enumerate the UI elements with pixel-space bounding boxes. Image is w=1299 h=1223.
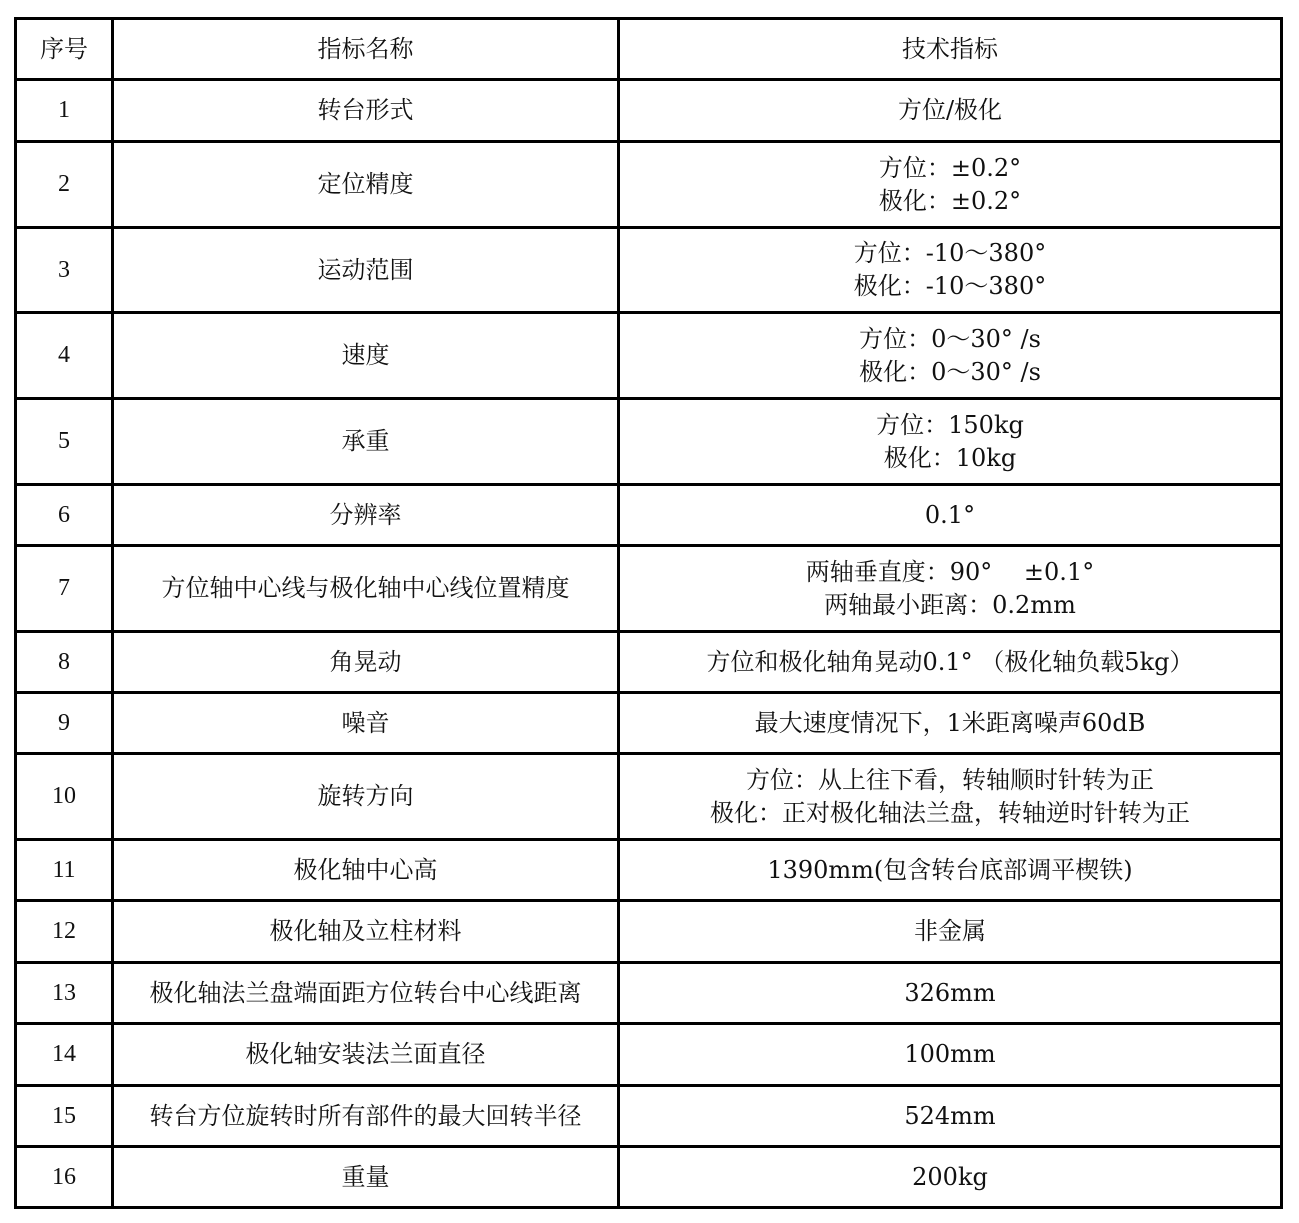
cell-technical-spec: 两轴垂直度：90° ±0.1°两轴最小距离：0.2mm [619, 546, 1282, 632]
table-row: 16重量200kg [16, 1147, 1282, 1208]
cell-indicator-name: 极化轴法兰盘端面距方位转台中心线距离 [113, 963, 619, 1024]
spec-line: 1390mm(包含转台底部调平楔铁) [624, 854, 1276, 887]
cell-technical-spec: 方位：±0.2°极化：±0.2° [619, 142, 1282, 228]
spec-line: 0.1° [624, 499, 1276, 532]
spec-line: 方位和极化轴角晃动0.1° （极化轴负载5kg） [624, 646, 1276, 679]
cell-technical-spec: 方位/极化 [619, 80, 1282, 142]
spec-line: 100mm [624, 1038, 1276, 1071]
spec-line: 极化：10kg [624, 442, 1276, 475]
spec-line: 方位：150kg [624, 409, 1276, 442]
table-row: 14极化轴安装法兰面直径100mm [16, 1024, 1282, 1086]
spec-line: 524mm [624, 1100, 1276, 1133]
cell-technical-spec: 方位：150kg极化：10kg [619, 399, 1282, 485]
cell-indicator-name: 速度 [113, 313, 619, 399]
cell-seq: 1 [16, 80, 113, 142]
spec-line: 方位：-10～380° [624, 237, 1276, 270]
cell-seq: 14 [16, 1024, 113, 1086]
cell-indicator-name: 运动范围 [113, 228, 619, 313]
spec-line: 非金属 [624, 915, 1276, 948]
cell-technical-spec: 100mm [619, 1024, 1282, 1086]
cell-seq: 16 [16, 1147, 113, 1208]
cell-technical-spec: 326mm [619, 963, 1282, 1024]
header-row: 序号 指标名称 技术指标 [16, 19, 1282, 80]
cell-indicator-name: 旋转方向 [113, 754, 619, 840]
cell-technical-spec: 方位：-10～380°极化：-10～380° [619, 228, 1282, 313]
cell-technical-spec: 非金属 [619, 901, 1282, 963]
cell-technical-spec: 方位和极化轴角晃动0.1° （极化轴负载5kg） [619, 632, 1282, 693]
spec-line: 最大速度情况下，1米距离噪声60dB [624, 707, 1276, 740]
cell-indicator-name: 定位精度 [113, 142, 619, 228]
cell-indicator-name: 极化轴中心高 [113, 840, 619, 901]
cell-seq: 7 [16, 546, 113, 632]
cell-indicator-name: 极化轴安装法兰面直径 [113, 1024, 619, 1086]
cell-seq: 2 [16, 142, 113, 228]
spec-line: 两轴垂直度：90° ±0.1° [624, 556, 1276, 589]
spec-line: 200kg [624, 1161, 1276, 1194]
spec-line: 极化：正对极化轴法兰盘，转轴逆时针转为正 [624, 797, 1276, 830]
cell-seq: 12 [16, 901, 113, 963]
spec-line: 326mm [624, 977, 1276, 1010]
table-row: 5承重方位：150kg极化：10kg [16, 399, 1282, 485]
table-row: 8角晃动方位和极化轴角晃动0.1° （极化轴负载5kg） [16, 632, 1282, 693]
cell-seq: 8 [16, 632, 113, 693]
table-row: 11极化轴中心高1390mm(包含转台底部调平楔铁) [16, 840, 1282, 901]
table-row: 3运动范围方位：-10～380°极化：-10～380° [16, 228, 1282, 313]
cell-seq: 6 [16, 485, 113, 546]
cell-indicator-name: 承重 [113, 399, 619, 485]
cell-indicator-name: 方位轴中心线与极化轴中心线位置精度 [113, 546, 619, 632]
cell-technical-spec: 最大速度情况下，1米距离噪声60dB [619, 693, 1282, 754]
cell-seq: 11 [16, 840, 113, 901]
cell-technical-spec: 1390mm(包含转台底部调平楔铁) [619, 840, 1282, 901]
cell-indicator-name: 噪音 [113, 693, 619, 754]
spec-line: 两轴最小距离：0.2mm [624, 589, 1276, 622]
cell-seq: 10 [16, 754, 113, 840]
cell-indicator-name: 极化轴及立柱材料 [113, 901, 619, 963]
table-row: 13极化轴法兰盘端面距方位转台中心线距离326mm [16, 963, 1282, 1024]
table-row: 4速度方位：0～30° /s极化：0～30° /s [16, 313, 1282, 399]
cell-indicator-name: 转台形式 [113, 80, 619, 142]
spec-line: 方位：0～30° /s [624, 323, 1276, 356]
cell-seq: 3 [16, 228, 113, 313]
cell-seq: 4 [16, 313, 113, 399]
header-spec: 技术指标 [619, 19, 1282, 80]
table-row: 10旋转方向方位：从上往下看，转轴顺时针转为正极化：正对极化轴法兰盘，转轴逆时针… [16, 754, 1282, 840]
cell-technical-spec: 0.1° [619, 485, 1282, 546]
cell-indicator-name: 角晃动 [113, 632, 619, 693]
spec-line: 极化：±0.2° [624, 185, 1276, 218]
header-seq: 序号 [16, 19, 113, 80]
spec-table: 序号 指标名称 技术指标 1转台形式方位/极化2定位精度方位：±0.2°极化：±… [14, 17, 1283, 1209]
table-body: 1转台形式方位/极化2定位精度方位：±0.2°极化：±0.2°3运动范围方位：-… [16, 80, 1282, 1208]
cell-technical-spec: 方位：从上往下看，转轴顺时针转为正极化：正对极化轴法兰盘，转轴逆时针转为正 [619, 754, 1282, 840]
cell-seq: 13 [16, 963, 113, 1024]
table-row: 2定位精度方位：±0.2°极化：±0.2° [16, 142, 1282, 228]
spec-line: 方位/极化 [624, 94, 1276, 127]
cell-indicator-name: 重量 [113, 1147, 619, 1208]
cell-indicator-name: 分辨率 [113, 485, 619, 546]
spec-line: 方位：从上往下看，转轴顺时针转为正 [624, 764, 1276, 797]
table-row: 1转台形式方位/极化 [16, 80, 1282, 142]
cell-technical-spec: 524mm [619, 1086, 1282, 1147]
table-row: 9噪音最大速度情况下，1米距离噪声60dB [16, 693, 1282, 754]
cell-seq: 9 [16, 693, 113, 754]
table-row: 12极化轴及立柱材料非金属 [16, 901, 1282, 963]
cell-indicator-name: 转台方位旋转时所有部件的最大回转半径 [113, 1086, 619, 1147]
table-row: 6分辨率0.1° [16, 485, 1282, 546]
cell-technical-spec: 方位：0～30° /s极化：0～30° /s [619, 313, 1282, 399]
cell-technical-spec: 200kg [619, 1147, 1282, 1208]
table-row: 15转台方位旋转时所有部件的最大回转半径524mm [16, 1086, 1282, 1147]
header-name: 指标名称 [113, 19, 619, 80]
spec-line: 极化：0～30° /s [624, 356, 1276, 389]
cell-seq: 15 [16, 1086, 113, 1147]
table-row: 7方位轴中心线与极化轴中心线位置精度两轴垂直度：90° ±0.1°两轴最小距离：… [16, 546, 1282, 632]
cell-seq: 5 [16, 399, 113, 485]
spec-line: 极化：-10～380° [624, 270, 1276, 303]
spec-line: 方位：±0.2° [624, 152, 1276, 185]
